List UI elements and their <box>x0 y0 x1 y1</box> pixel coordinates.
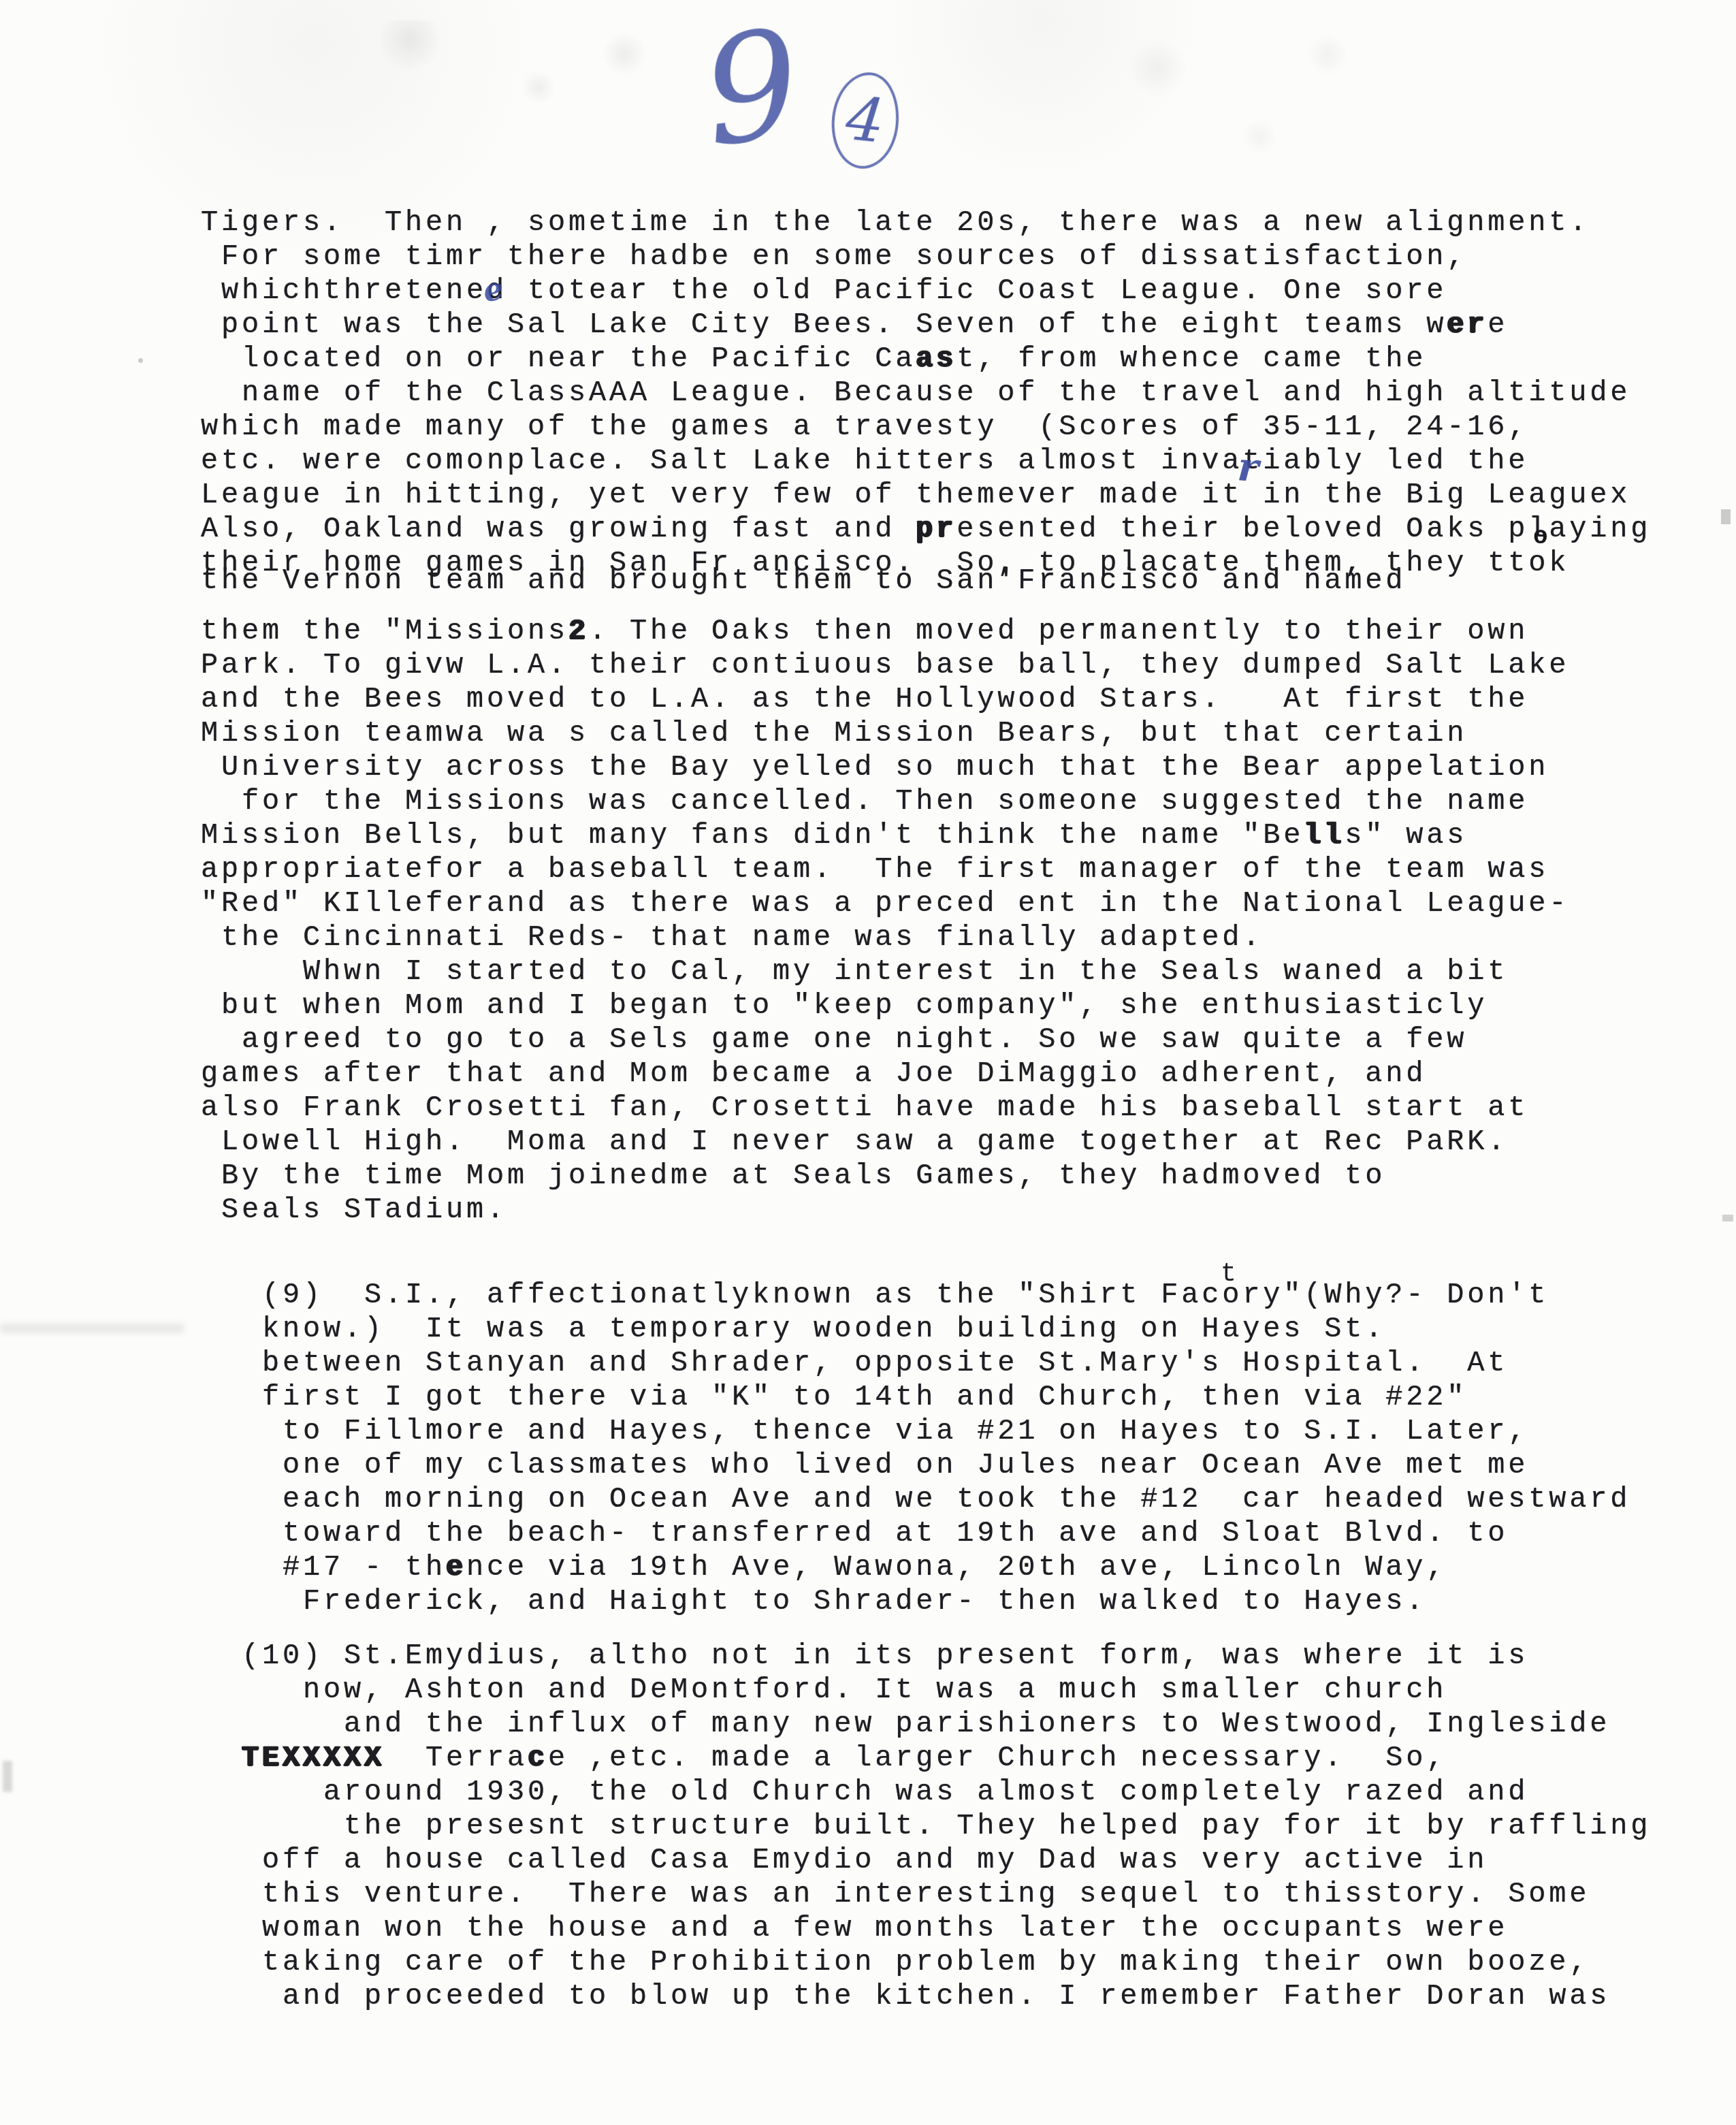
text-segment: and the influx of many new parishioners … <box>201 1708 1610 1740</box>
text-segment: Tigers. Then , sometime in the late 20s,… <box>201 206 1590 239</box>
typed-superscript-o: o <box>1533 523 1548 551</box>
text-segment: between Stanyan and Shrader, opposite St… <box>201 1347 1508 1379</box>
text-line: located on or near the Pacific Caast, fr… <box>201 342 1651 376</box>
text-segment: woman won the house and a few months lat… <box>201 1912 1508 1945</box>
text-segment: know.) It was a temporary wooden buildin… <box>201 1313 1385 1345</box>
text-line: Whwn I started to Cal, my interest in th… <box>201 955 1651 989</box>
overstruck-text: 2 <box>568 615 589 648</box>
text-segment: the Vernon team and brought them to San'… <box>201 564 1406 597</box>
text-segment: Also, Oakland was growing fast and <box>201 513 916 545</box>
text-line: also Frank Crosetti fan, Crosetti have m… <box>201 1091 1651 1125</box>
text-line: one of my classmates who lived on Jules … <box>201 1448 1651 1482</box>
handwritten-circled-number-4: 4 <box>827 69 903 172</box>
text-line: them the "Missions2. The Oaks then moved… <box>201 614 1651 648</box>
text-line: Also, Oakland was growing fast and prese… <box>201 512 1651 546</box>
text-segment: . The Oaks then moved permanently to the… <box>589 615 1528 648</box>
text-segment: taking care of the Prohibition problem b… <box>201 1946 1590 1979</box>
text-segment: etc. were comonplace. Salt Lake hitters … <box>201 445 1528 477</box>
text-segment: for the Missions was cancelled. Then som… <box>201 785 1528 818</box>
text-segment: e <box>1488 308 1508 341</box>
overstruck-text: ll <box>1304 819 1345 852</box>
scan-artifact <box>3 1761 12 1792</box>
text-segment: each morning on Ocean Ave and we took th… <box>201 1483 1630 1516</box>
text-segment: Whwn I started to Cal, my interest in th… <box>201 955 1508 988</box>
text-line: For some timr there hadbe en some source… <box>201 240 1651 274</box>
scan-artifact <box>1721 509 1731 524</box>
typewritten-text: Tigers. Then , sometime in the late 20s,… <box>201 206 1651 2013</box>
typed-superscript-t: t <box>1221 1260 1236 1289</box>
text-line: the Vernon team and brought them to San'… <box>201 564 1651 598</box>
overstruck-text: c <box>528 1742 548 1774</box>
text-segment: and the Bees moved to L.A. as the Hollyw… <box>201 683 1528 716</box>
text-line: each morning on Ocean Ave and we took th… <box>201 1482 1651 1516</box>
text-segment: this venture. There was an interesting s… <box>201 1878 1590 1911</box>
text-line: and the Bees moved to L.A. as the Hollyw… <box>201 682 1651 716</box>
text-segment: and proceeded to blow up the kitchen. I … <box>201 1980 1610 2013</box>
text-line: but when Mom and I began to "keep compan… <box>201 989 1651 1023</box>
text-segment: t, from whence came the <box>957 342 1426 375</box>
text-line: #17 - thence via 19th Ave, Wawona, 20th … <box>201 1550 1651 1584</box>
handwritten-page-number-9: 9 <box>696 10 807 168</box>
text-segment: For some timr there hadbe en some source… <box>201 240 1467 273</box>
text-line: "Red" KIlleferand as there was a preced … <box>201 886 1651 921</box>
text-line: etc. were comonplace. Salt Lake hitters … <box>201 444 1651 478</box>
text-segment: off a house called Casa Emydio and my Da… <box>201 1844 1488 1876</box>
text-segment: (10) St.Emydius, altho not in its presen… <box>201 1640 1528 1672</box>
text-segment: whichthretened totear the old Pacific Co… <box>201 274 1447 307</box>
text-segment: which made many of the games a travesty … <box>201 411 1528 443</box>
text-line: agreed to go to a Sels game one night. S… <box>201 1023 1651 1057</box>
text-line: League in hitting, yet very few of theme… <box>201 478 1651 512</box>
text-segment: By the time Mom joinedme at Seals Games,… <box>201 1160 1385 1192</box>
text-segment: e ,etc. made a larger Church necessary. … <box>548 1742 1447 1774</box>
scan-artifact <box>138 358 143 363</box>
text-segment: appropriatefor a baseball team. The firs… <box>201 853 1549 886</box>
text-line: point was the Sal Lake City Bees. Seven … <box>201 308 1651 342</box>
text-segment: name of the ClassAAA League. Because of … <box>201 377 1630 409</box>
text-segment: Frederick, and Haight to Shrader- then w… <box>201 1585 1426 1618</box>
text-segment: University across the Bay yelled so much… <box>201 751 1549 784</box>
overstruck-text: e <box>446 1551 466 1584</box>
handwritten-number-4: 4 <box>843 89 888 152</box>
text-line: for the Missions was cancelled. Then som… <box>201 784 1651 818</box>
text-line: first I got there via "K" to 14th and Ch… <box>201 1380 1651 1414</box>
text-line: Tigers. Then , sometime in the late 20s,… <box>201 206 1651 240</box>
text-segment: to Fillmore and Hayes, thence via #21 on… <box>201 1415 1528 1448</box>
text-line: (9) S.I., affectionatlyknown as the "Shi… <box>201 1278 1651 1312</box>
text-segment: #17 - th <box>201 1551 446 1584</box>
overstruck-text: pr <box>916 513 957 545</box>
text-line: and proceeded to blow up the kitchen. I … <box>201 1979 1651 2013</box>
text-line: whichthretened totear the old Pacific Co… <box>201 274 1651 308</box>
text-segment: the Cincinnati Reds- that name was final… <box>201 921 1263 954</box>
text-segment: games after that and Mom became a Joe Di… <box>201 1057 1426 1090</box>
text-line: Mission teamwa wa s called the Mission B… <box>201 716 1651 750</box>
text-segment: also Frank Crosetti fan, Crosetti have m… <box>201 1091 1528 1124</box>
text-line: which made many of the games a travesty … <box>201 410 1651 444</box>
text-line: around 1930, the old Church was almost c… <box>201 1775 1651 1809</box>
text-segment: Mission Bells, but many fans didn't thin… <box>201 819 1304 852</box>
text-segment: first I got there via "K" to 14th and Ch… <box>201 1381 1467 1413</box>
overstruck-text: er <box>1447 308 1488 341</box>
text-line: (10) St.Emydius, altho not in its presen… <box>201 1639 1651 1673</box>
text-line: Frederick, and Haight to Shrader- then w… <box>201 1584 1651 1618</box>
text-line: the Cincinnati Reds- that name was final… <box>201 921 1651 955</box>
scan-artifact <box>0 1324 184 1333</box>
text-line: TEXXXXX Terrace ,etc. made a larger Chur… <box>201 1741 1651 1775</box>
text-line: taking care of the Prohibition problem b… <box>201 1945 1651 1979</box>
text-line: name of the ClassAAA League. Because of … <box>201 376 1651 410</box>
document-page: 9 4 Tigers. Then , sometime in the late … <box>0 0 1736 2125</box>
text-line: Lowell High. Moma and I never saw a game… <box>201 1125 1651 1159</box>
text-segment: them the "Missions <box>201 615 568 648</box>
paragraph: Tigers. Then , sometime in the late 20s,… <box>201 206 1651 1227</box>
overstruck-text: TEXXXXX <box>242 1742 385 1774</box>
paragraph: (9) S.I., affectionatlyknown as the "Shi… <box>201 1278 1651 1618</box>
text-line: between Stanyan and Shrader, opposite St… <box>201 1346 1651 1380</box>
text-segment: but when Mom and I began to "keep compan… <box>201 989 1488 1022</box>
text-line: to Fillmore and Hayes, thence via #21 on… <box>201 1414 1651 1448</box>
text-segment: around 1930, the old Church was almost c… <box>201 1776 1528 1808</box>
text-segment: toward the beach- transferred at 19th av… <box>201 1517 1508 1550</box>
text-line: off a house called Casa Emydio and my Da… <box>201 1843 1651 1877</box>
text-segment: the presesnt structure built. They helpe… <box>201 1810 1651 1842</box>
text-line: toward the beach- transferred at 19th av… <box>201 1516 1651 1550</box>
text-segment: agreed to go to a Sels game one night. S… <box>201 1023 1467 1056</box>
text-line: appropriatefor a baseball team. The firs… <box>201 852 1651 886</box>
text-segment: League in hitting, yet very few of theme… <box>201 479 1630 511</box>
text-line: the presesnt structure built. They helpe… <box>201 1809 1651 1843</box>
text-line: woman won the house and a few months lat… <box>201 1911 1651 1945</box>
text-segment: Seals STadium. <box>201 1194 507 1226</box>
text-segment: Park. To givw L.A. their contiuous base … <box>201 649 1569 682</box>
text-segment: one of my classmates who lived on Jules … <box>201 1449 1528 1482</box>
text-line: know.) It was a temporary wooden buildin… <box>201 1312 1651 1346</box>
text-segment: s" was <box>1345 819 1467 852</box>
text-line: Seals STadium. <box>201 1193 1651 1227</box>
handwritten-correction-r: r <box>1236 443 1260 491</box>
text-line: Mission Bells, but many fans didn't thin… <box>201 818 1651 852</box>
text-line: By the time Mom joinedme at Seals Games,… <box>201 1159 1651 1193</box>
text-segment: located on or near the Pacific Ca <box>201 342 916 375</box>
paragraph: (10) St.Emydius, altho not in its presen… <box>201 1639 1651 2013</box>
scan-artifact <box>381 20 667 116</box>
text-segment: point was the Sal Lake City Bees. Seven … <box>201 308 1447 341</box>
text-line: now, Ashton and DeMontford. It was a muc… <box>201 1673 1651 1707</box>
text-line: games after that and Mom became a Joe Di… <box>201 1057 1651 1091</box>
text-segment: Lowell High. Moma and I never saw a game… <box>201 1125 1508 1158</box>
scan-artifact <box>1722 1215 1733 1221</box>
text-segment: nce via 19th Ave, Wawona, 20th ave, Linc… <box>466 1551 1447 1584</box>
text-line: and the influx of many new parishioners … <box>201 1707 1651 1741</box>
overstruck-text: as <box>916 342 957 375</box>
text-line: Park. To givw L.A. their contiuous base … <box>201 648 1651 682</box>
text-segment: Mission teamwa wa s called the Mission B… <box>201 717 1467 750</box>
text-segment <box>201 1742 242 1774</box>
text-line: this venture. There was an interesting s… <box>201 1877 1651 1911</box>
text-segment: Terra <box>385 1742 528 1774</box>
text-segment: now, Ashton and DeMontford. It was a muc… <box>201 1674 1447 1706</box>
scan-artifact <box>1089 27 1430 163</box>
text-segment: "Red" KIlleferand as there was a preced … <box>201 887 1569 920</box>
text-segment: (9) S.I., affectionatlyknown as the "Shi… <box>201 1279 1549 1311</box>
text-line: University across the Bay yelled so much… <box>201 750 1651 784</box>
